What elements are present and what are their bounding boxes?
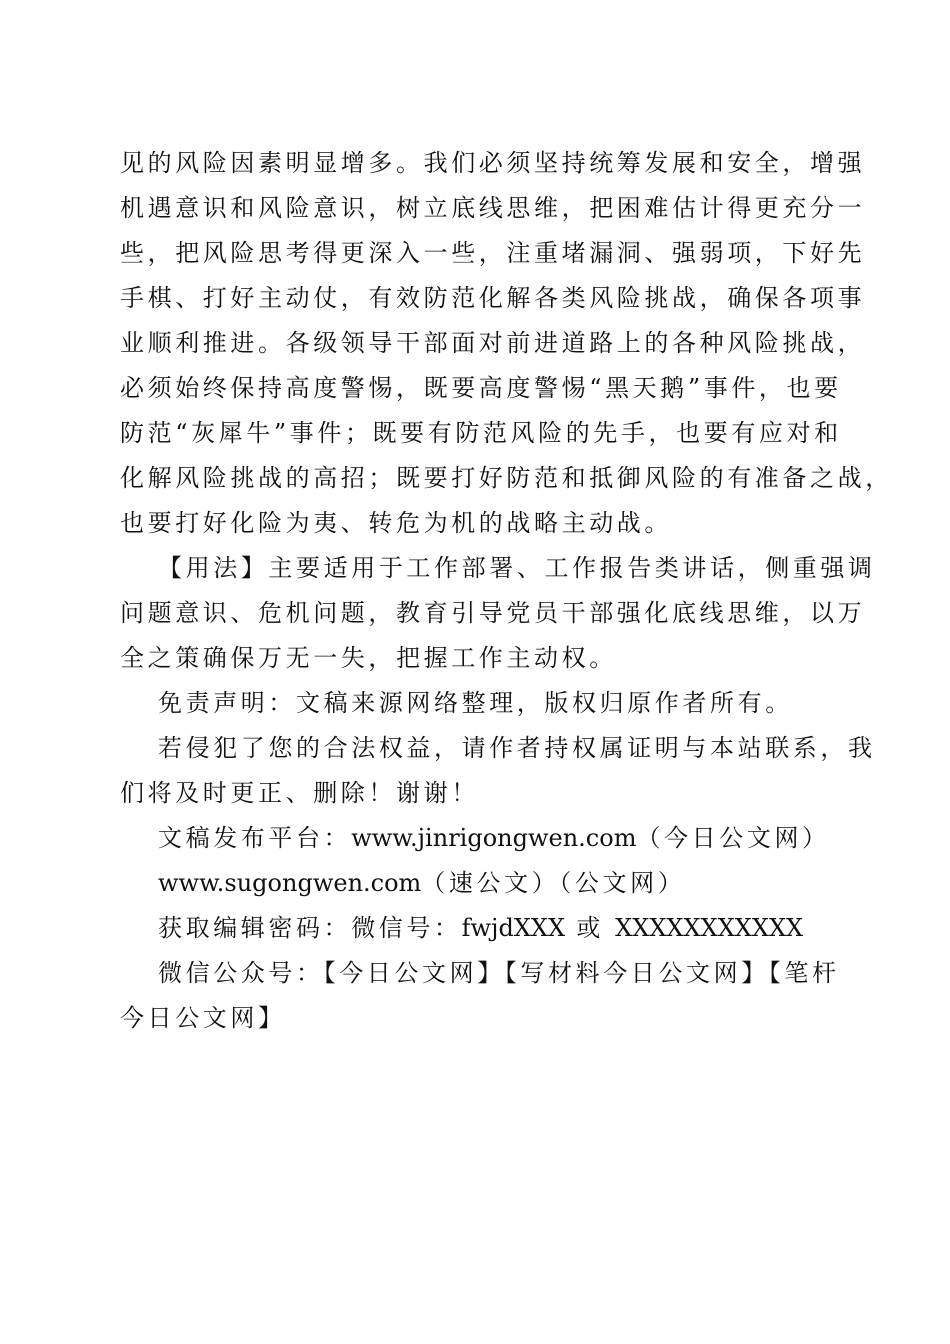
site2-url: www.sugongwen.com xyxy=(158,869,421,897)
disclaimer-line: 若侵犯了您的合法权益，请作者持权属证明与本站联系，我 xyxy=(120,726,832,771)
body-line: 防范“灰犀牛”事件；既要有防范风险的先手，也要有应对和 xyxy=(120,411,832,456)
site1-url: www.jinrigongwen.com xyxy=(351,824,636,852)
official-accounts-line: 今日公文网】 xyxy=(120,996,832,1041)
edit-password-line: 获取编辑密码：微信号：fwjdXXX 或 XXXXXXXXXXX xyxy=(120,906,832,951)
site2-name: （速公文）（公文网） xyxy=(421,869,685,897)
usage-line: 【用法】主要适用于工作部署、工作报告类讲话，侧重强调 xyxy=(120,546,832,591)
or-text: 或 xyxy=(565,914,615,942)
body-line: 些，把风险思考得更深入一些，注重堵漏洞、强弱项，下好先 xyxy=(120,231,832,276)
disclaimer-line: 免责声明：文稿来源网络整理，版权归原作者所有。 xyxy=(120,681,832,726)
document-page: 见的风险因素明显增多。我们必须坚持统筹发展和安全，增强 机遇意识和风险意识，树立… xyxy=(120,141,832,1041)
publish-platform: 文稿发布平台：www.jinrigongwen.com（今日公文网） www.s… xyxy=(120,816,832,906)
body-line: 业顺利推进。各级领导干部面对前进道路上的各种风险挑战， xyxy=(120,321,832,366)
phone-number: XXXXXXXXXXX xyxy=(615,914,803,942)
body-line: 也要打好化险为夷、转危为机的战略主动战。 xyxy=(120,501,832,546)
body-line: 机遇意识和风险意识，树立底线思维，把困难估计得更充分一 xyxy=(120,186,832,231)
site1-name: （今日公文网） xyxy=(636,824,829,852)
publish-line-2: www.sugongwen.com（速公文）（公文网） xyxy=(120,861,832,906)
body-paragraph: 见的风险因素明显增多。我们必须坚持统筹发展和安全，增强 机遇意识和风险意识，树立… xyxy=(120,141,832,546)
usage-line: 全之策确保万无一失，把握工作主动权。 xyxy=(120,636,832,681)
usage-line: 问题意识、危机问题，教育引导党员干部强化底线思维，以万 xyxy=(120,591,832,636)
body-line: 见的风险因素明显增多。我们必须坚持统筹发展和安全，增强 xyxy=(120,141,832,186)
body-line: 手棋、打好主动仗，有效防范化解各类风险挑战，确保各项事 xyxy=(120,276,832,321)
body-line: 化解风险挑战的高招；既要打好防范和抵御风险的有准备之战， xyxy=(120,456,832,501)
disclaimer-paragraph: 免责声明：文稿来源网络整理，版权归原作者所有。 若侵犯了您的合法权益，请作者持权… xyxy=(120,681,832,816)
wechat-id: fwjdXXX xyxy=(462,914,566,942)
official-accounts: 微信公众号：【今日公文网】【写材料今日公文网】【笔杆 今日公文网】 xyxy=(120,951,832,1041)
publish-line-1: 文稿发布平台：www.jinrigongwen.com（今日公文网） xyxy=(120,816,832,861)
official-accounts-line: 微信公众号：【今日公文网】【写材料今日公文网】【笔杆 xyxy=(120,951,832,996)
password-label: 获取编辑密码：微信号： xyxy=(158,914,462,942)
publish-label: 文稿发布平台： xyxy=(158,824,351,852)
usage-paragraph: 【用法】主要适用于工作部署、工作报告类讲话，侧重强调 问题意识、危机问题，教育引… xyxy=(120,546,832,681)
disclaimer-line: 们将及时更正、删除！谢谢！ xyxy=(120,771,832,816)
body-line: 必须始终保持高度警惕，既要高度警惕“黑天鹅”事件，也要 xyxy=(120,366,832,411)
